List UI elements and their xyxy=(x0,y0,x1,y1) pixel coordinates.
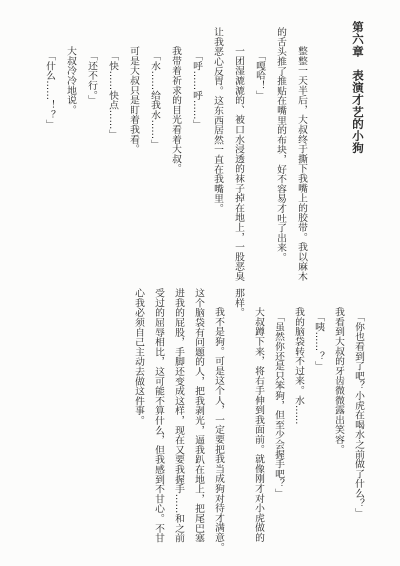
text-line: 「虽然你还是只笨狗，但至少会握手吧？」 xyxy=(268,288,288,562)
text-line: 心我必须自己主动去做这件事。 xyxy=(128,288,148,562)
page-top-section: 第六章 表演才艺的小狗 整整一天半后，大叔终于撕下我嘴上的胶带。我以麻木的舌头推… xyxy=(39,21,368,289)
text-line: 「什么……！？」 xyxy=(39,21,60,289)
text-line: 「快……快点……」 xyxy=(102,21,123,289)
text-line: 让我恶心反胃。这东西居然一直在我嘴里。 xyxy=(207,21,228,289)
text-line: 我带着祈求的目光看着大叔。 xyxy=(165,21,186,289)
text-line: 一团湿漉漉的、被口水浸透的袜子掉在地上，一股恶臭 xyxy=(228,21,249,289)
text-line: 「还不行。」 xyxy=(81,21,102,289)
text-line: 「水……给我水……」 xyxy=(144,21,165,289)
text-line: 的舌头推了推贴在嘴里的布块，好不容易才吐了出来。 xyxy=(270,21,291,289)
text-line: 大叔蹲下来，将右手伸到我面前。就像刚才对小虎做的 xyxy=(248,288,268,562)
page-bottom-section: 「你也看到了吧？小虎在喝水之前做了什么？」我看到大叔的牙齿微微露出笑容。「咦……… xyxy=(128,288,368,562)
text-line: 那样。 xyxy=(228,288,248,562)
text-line: 可是大叔只是盯着我看。 xyxy=(123,21,144,289)
text-line: 受过的屈辱相比，这可能不算什么，但我感到不甘心。不甘 xyxy=(148,288,168,562)
text-line: 整整一天半后，大叔终于撕下我嘴上的胶带。我以麻木 xyxy=(291,21,312,289)
text-line: 「呼……呼……」 xyxy=(186,21,207,289)
text-line: 我看到大叔的牙齿微微露出笑容。 xyxy=(328,288,348,562)
text-line: 我不是狗。可是这个人，一定要把我当成狗对待才满意。 xyxy=(208,288,228,562)
text-line: 进我的屁股，手脚还变成这样，现在又要我握手……和之前 xyxy=(168,288,188,562)
text-line: 「嘎哈！」 xyxy=(249,21,270,289)
novel-page: 第六章 表演才艺的小狗 整整一天半后，大叔终于撕下我嘴上的胶带。我以麻木的舌头推… xyxy=(0,0,400,566)
text-line: 大叔冷冷地说。 xyxy=(60,21,81,289)
text-line: 这个脑袋有问题的人，把我剥光，逼我趴在地上，把尾巴塞 xyxy=(188,288,208,562)
text-line: 「咦……？」 xyxy=(308,288,328,562)
text-line: 「你也看到了吧？小虎在喝水之前做了什么？」 xyxy=(348,288,368,562)
chapter-title: 第六章 表演才艺的小狗 xyxy=(348,21,368,289)
text-line: 我的脑袋转不过来。水…… xyxy=(288,288,308,562)
